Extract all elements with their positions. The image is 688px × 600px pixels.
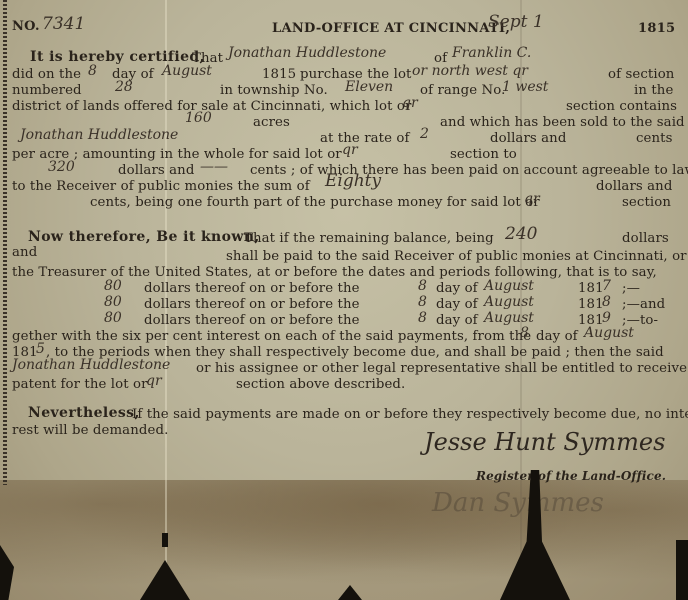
text: in township No. xyxy=(220,84,328,97)
payment-amount: 80 xyxy=(104,295,122,309)
text: of section xyxy=(608,68,674,81)
register-signature: Jesse Hunt Symmes xyxy=(424,428,665,456)
register-title: Register of the Land-Office. xyxy=(476,470,666,482)
purchase-day: 8 xyxy=(88,64,97,78)
lot-description: or north west qr xyxy=(412,64,528,78)
text: day of xyxy=(436,314,478,327)
text: ;— xyxy=(622,282,640,295)
issue-date: Sept 1 xyxy=(488,14,544,31)
text: section xyxy=(622,196,671,209)
text: acres xyxy=(253,116,290,129)
text: If the said payments are made on or befo… xyxy=(132,408,688,421)
purchase-month: August xyxy=(162,64,212,78)
cents-blank: —— xyxy=(200,160,228,174)
office-title: LAND-OFFICE AT CINCINNATI, xyxy=(272,22,510,35)
text: cents xyxy=(636,132,673,145)
text: dollars and xyxy=(118,164,194,177)
quarter-designation: qr xyxy=(402,96,418,110)
text: dollars thereof on or before the xyxy=(144,298,360,311)
text: cents, being one fourth part of the purc… xyxy=(90,196,540,209)
land-certificate: NO. 7341 LAND-OFFICE AT CINCINNATI, Sept… xyxy=(0,0,688,600)
text: 181 xyxy=(578,282,604,295)
text: dollars thereof on or before the xyxy=(144,314,360,327)
text: or his assignee or other legal represent… xyxy=(196,362,688,375)
township-number: Eleven xyxy=(345,80,393,94)
heir-name: Jonathan Huddlestone xyxy=(12,358,170,372)
payment-month: August xyxy=(484,311,534,325)
county: Franklin C. xyxy=(452,46,531,60)
purchaser-name: Jonathan Huddlestone xyxy=(228,46,386,60)
text: dollars thereof on or before the xyxy=(144,282,360,295)
text: in the xyxy=(634,84,673,97)
issue-year: 1815 xyxy=(638,22,675,35)
text: section above described. xyxy=(236,378,405,391)
payment-amount: 80 xyxy=(104,311,122,325)
faded-signature: Dan Symmes xyxy=(432,488,604,518)
quarter-designation: qr xyxy=(524,192,540,206)
certified-heading: It is hereby certified, xyxy=(30,50,205,64)
text: day of xyxy=(436,282,478,295)
text: cents ; of which there has been paid on … xyxy=(250,164,688,177)
buyer-name: Jonathan Huddlestone xyxy=(20,128,178,142)
text: dollars and xyxy=(596,180,672,193)
text: gether with the six per cent interest on… xyxy=(12,330,531,343)
text: dollars xyxy=(622,232,669,245)
text: shall be paid to the said Receiver of pu… xyxy=(226,250,688,263)
rate-per-acre: 2 xyxy=(420,127,429,141)
text: 181 xyxy=(578,298,604,311)
paper-tear xyxy=(676,540,688,600)
nevertheless-heading: Nevertheless, xyxy=(28,406,140,420)
text: to the Receiver of public monies the sum… xyxy=(12,180,310,193)
be-it-known-heading: Now therefore, Be it known, xyxy=(28,230,260,244)
certificate-number: 7341 xyxy=(42,16,85,33)
text: at the rate of xyxy=(320,132,410,145)
interest-start-year-digit: 5 xyxy=(36,342,45,356)
text: day of xyxy=(536,330,578,343)
total-price: 320 xyxy=(48,160,75,174)
payment-year-digit: 7 xyxy=(602,279,611,293)
text: did on the xyxy=(12,68,81,81)
payment-day: 8 xyxy=(418,311,427,325)
interest-start-day: 8 xyxy=(520,326,529,340)
certificate-no-label: NO. xyxy=(12,20,40,33)
payment-year-digit: 9 xyxy=(602,311,611,325)
acreage: 160 xyxy=(185,111,212,125)
remaining-balance: 240 xyxy=(505,226,537,243)
section-number: 28 xyxy=(115,80,133,94)
text: That if the remaining balance, being xyxy=(244,232,494,245)
text: and xyxy=(12,246,37,259)
text: section contains xyxy=(566,100,677,113)
payment-year-digit: 8 xyxy=(602,295,611,309)
payment-day: 8 xyxy=(418,295,427,309)
payment-month: August xyxy=(484,295,534,309)
text: 1815 xyxy=(262,68,296,81)
interest-start-month: August xyxy=(584,326,634,340)
text: rest will be demanded. xyxy=(12,424,168,437)
text: dollars and xyxy=(490,132,566,145)
text: ;—and xyxy=(622,298,665,311)
paper-hole xyxy=(162,533,168,547)
text: patent for the lot or xyxy=(12,378,148,391)
payment-month: August xyxy=(484,279,534,293)
payment-day: 8 xyxy=(418,279,427,293)
text: section to xyxy=(450,148,517,161)
range-number: 1 west xyxy=(502,80,548,94)
amount-paid: Eighty xyxy=(325,173,381,190)
text: of range No. xyxy=(420,84,505,97)
quarter-designation: qr xyxy=(342,143,358,157)
text: and which has been sold to the said xyxy=(440,116,685,129)
text: day of xyxy=(436,298,478,311)
text: numbered xyxy=(12,84,82,97)
quarter-designation: qr xyxy=(146,374,162,388)
decorative-border xyxy=(3,0,7,485)
payment-amount: 80 xyxy=(104,279,122,293)
